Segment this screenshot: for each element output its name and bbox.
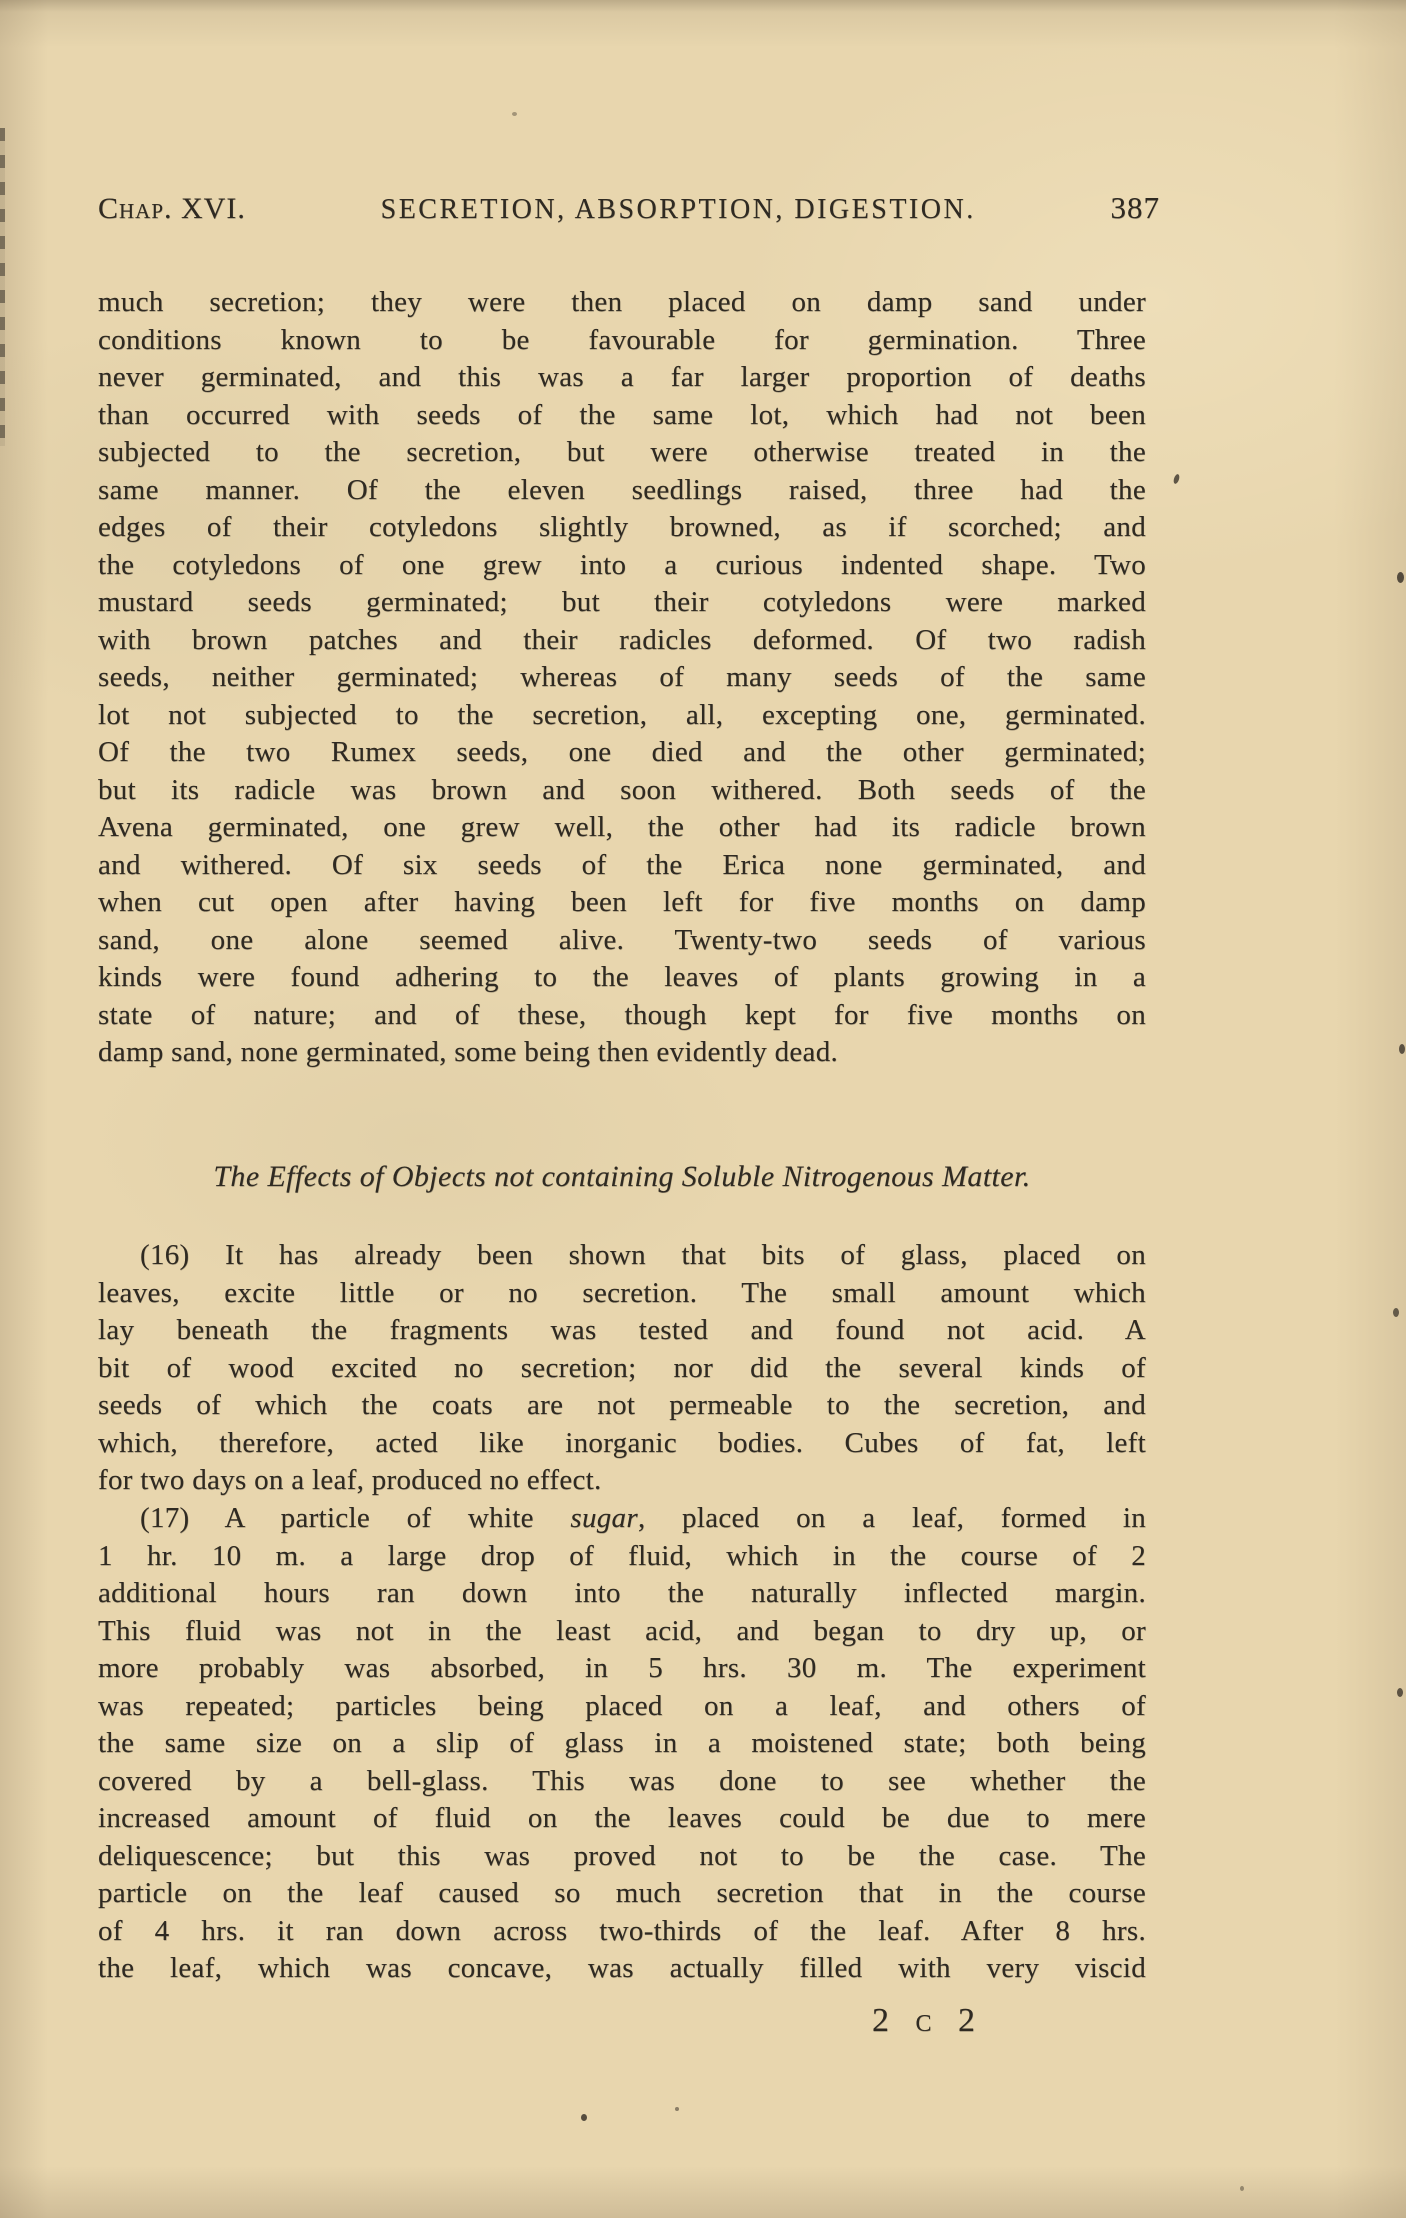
text-line: conditions known to be favourable for ge… (98, 322, 1146, 360)
text-line: more probably was absorbed, in 5 hrs. 30… (98, 1650, 1146, 1688)
text-line: deliquescence; but this was proved not t… (98, 1838, 1146, 1876)
binding-edge-marks (0, 128, 5, 446)
text-line: edges of their cotyledons slightly brown… (98, 509, 1146, 547)
scan-speck (581, 2114, 587, 2121)
text-line: the same size on a slip of glass in a mo… (98, 1725, 1146, 1763)
text-line: with brown patches and their radicles de… (98, 622, 1146, 660)
text-line: 1 hr. 10 m. a large drop of fluid, which… (98, 1538, 1146, 1576)
scan-speck (1240, 2186, 1244, 2191)
scan-speck (1173, 473, 1181, 484)
text-line: of 4 hrs. it ran down across two-thirds … (98, 1913, 1146, 1951)
scan-speck (1399, 1044, 1405, 1054)
text-line: seeds, neither germinated; whereas of ma… (98, 659, 1146, 697)
text-line: same manner. Of the eleven seedlings rai… (98, 472, 1146, 510)
text-line: lot not subjected to the secretion, all,… (98, 697, 1146, 735)
text-line: sand, one alone seemed alive. Twenty-two… (98, 922, 1146, 960)
text-line: was repeated; particles being placed on … (98, 1688, 1146, 1726)
paragraph-16: (16) It has already been shown that bits… (98, 1237, 1146, 1500)
text-line: kinds were found adhering to the leaves … (98, 959, 1146, 997)
chapter-label: Chap. XVI. (98, 192, 246, 226)
paragraph-continuation: much secretion; they were then placed on… (98, 284, 1146, 1072)
text-line: subjected to the secretion, but were oth… (98, 434, 1146, 472)
text-line: bit of wood excited no secretion; nor di… (98, 1350, 1146, 1388)
text-line: covered by a bell-glass. This was done t… (98, 1763, 1146, 1801)
text-line: the cotyledons of one grew into a curiou… (98, 547, 1146, 585)
scan-speck (512, 112, 517, 116)
text-line: Of the two Rumex seeds, one died and the… (98, 734, 1146, 772)
text-line: damp sand, none germinated, some being t… (98, 1034, 1146, 1072)
printer-signature: 2 c 2 (872, 2002, 977, 2040)
text-line: particle on the leaf caused so much secr… (98, 1875, 1146, 1913)
text-line: additional hours ran down into the natur… (98, 1575, 1146, 1613)
running-title: SECRETION, ABSORPTION, DIGESTION. (381, 194, 976, 226)
scan-speck (1393, 1308, 1399, 1317)
text-line: which, therefore, acted like inorganic b… (98, 1425, 1146, 1463)
text-line: when cut open after having been left for… (98, 884, 1146, 922)
text-line: leaves, excite little or no secretion. T… (98, 1275, 1146, 1313)
text-line: lay beneath the fragments was tested and… (98, 1312, 1146, 1350)
text-line: increased amount of fluid on the leaves … (98, 1800, 1146, 1838)
text-line: the leaf, which was concave, was actuall… (98, 1950, 1146, 1988)
text-line: mustard seeds germinated; but their coty… (98, 584, 1146, 622)
text-line: and withered. Of six seeds of the Erica … (98, 847, 1146, 885)
text-line: never germinated, and this was a far lar… (98, 359, 1146, 397)
section-heading: The Effects of Objects not containing So… (98, 1160, 1146, 1194)
text-line: (16) It has already been shown that bits… (98, 1237, 1146, 1275)
scan-speck (675, 2107, 679, 2111)
text-line: much secretion; they were then placed on… (98, 284, 1146, 322)
text-line: but its radicle was brown and soon withe… (98, 772, 1146, 810)
text-line: This fluid was not in the least acid, an… (98, 1613, 1146, 1651)
text-line: than occurred with seeds of the same lot… (98, 397, 1146, 435)
page-number: 387 (1110, 190, 1160, 226)
scan-speck (1397, 1688, 1403, 1697)
text-line: seeds of which the coats are not permeab… (98, 1387, 1146, 1425)
text-line: for two days on a leaf, produced no effe… (98, 1462, 1146, 1500)
scan-speck (1397, 572, 1404, 583)
paragraph-17: (17) A particle of white sugar, placed o… (98, 1500, 1146, 1988)
text-line: Avena germinated, one grew well, the oth… (98, 809, 1146, 847)
text-line: (17) A particle of white sugar, placed o… (98, 1500, 1146, 1538)
scanned-book-page: Chap. XVI. SECRETION, ABSORPTION, DIGEST… (0, 0, 1406, 2218)
text-line: state of nature; and of these, though ke… (98, 997, 1146, 1035)
page-header: Chap. XVI. SECRETION, ABSORPTION, DIGEST… (98, 190, 1160, 226)
